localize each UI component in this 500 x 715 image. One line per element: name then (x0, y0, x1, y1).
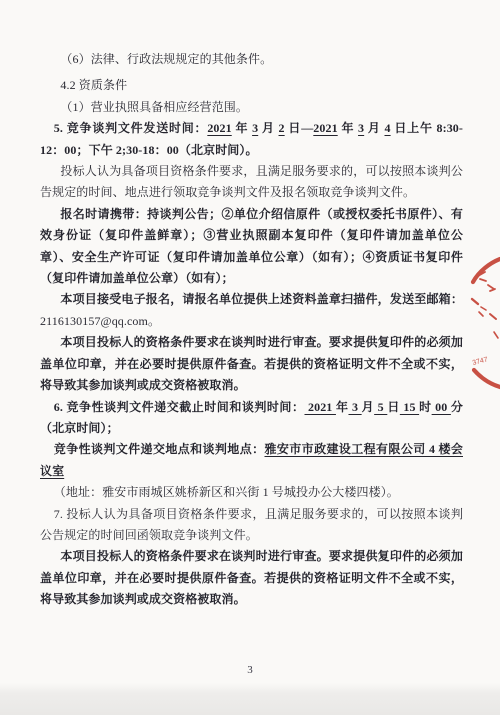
clause-submission-place: 竞争性谈判文件递交地点和谈判地点：雅安市市政建设工程有限公司 4 楼会议室 (40, 439, 463, 482)
red-seal-fragment-icon: 3747 (466, 252, 500, 392)
para-bidder-eligibility: 投标人认为具备项目资格条件要求，且满足服务要求的，可以按照本谈判公告规定的时间、… (40, 161, 463, 204)
business-license-item: （1）营业执照具备相应经营范围。 (40, 97, 463, 118)
clause-7-receive-documents: 7. 投标人认为具备项目资格条件要求，且满足服务要求的，可以按照本谈判公告规定的… (40, 504, 463, 547)
qualification-section-heading: 4.2 资质条件 (40, 75, 463, 96)
para-electronic-signup: 本项目接受电子报名，请报名单位提供上述资料盖章扫描件，发送至邮箱：2116130… (40, 289, 463, 332)
deadline-day: 5 (374, 400, 387, 414)
deadline-hour: 15 (400, 400, 419, 414)
email-address: 2116130157@qq.com。 (40, 314, 160, 328)
page-number: 3 (0, 664, 500, 676)
send-year-end: 2021 (313, 121, 337, 135)
document-body: （6）法律、行政法规规定的其他条件。 4.2 资质条件 （1）营业执照具备相应经… (40, 49, 463, 611)
electronic-signup-lead: 本项目接受电子报名，请报名单位提供上述资料盖章扫描件，发送至邮箱： (60, 292, 463, 306)
deadline-minute: 00 (432, 400, 451, 414)
para-qualification-review-2: 本项目投标人的资格条件要求在谈判时进行审查。要求提供复印件的必须加盖单位印章，并… (40, 546, 463, 610)
scanned-document-page: （6）法律、行政法规规定的其他条件。 4.2 资质条件 （1）营业执照具备相应经… (0, 0, 500, 715)
para-signup-requirements: 报名时请携带：持谈判公告；②单位介绍信原件（或授权委托书原件）、有效身份证（复印… (40, 204, 463, 290)
clause-6-label: 6. 竞争性谈判文件递交截止时间和谈判时间： (54, 400, 305, 414)
place-label: 竞争性谈判文件递交地点和谈判地点： (54, 442, 265, 456)
seal-digits: 3747 (472, 356, 489, 367)
clause-6-deadline: 6. 竞争性谈判文件递交截止时间和谈判时间： 2021 年 3 月 5 日 15… (40, 397, 463, 440)
para-venue-address: （地址：雅安市雨城区姚桥新区和兴街 1 号城投办公大楼四楼）。 (40, 482, 463, 503)
clause-5-send-time: 5. 竞争谈判文件发送时间：2021 年 3 月 2 日—2021 年 3 月 … (40, 118, 463, 161)
clause-5-label: 5. 竞争谈判文件发送时间： (54, 121, 208, 135)
deadline-year: 2021 (304, 400, 335, 414)
para-qualification-review-1: 本项目投标人的资格条件要求在谈判时进行审查。要求提供复印件的必须加盖单位印章，并… (40, 332, 463, 396)
legal-conditions-item: （6）法律、行政法规规定的其他条件。 (40, 49, 463, 70)
send-year-start: 2021 (207, 121, 231, 135)
deadline-month: 3 (348, 400, 361, 414)
